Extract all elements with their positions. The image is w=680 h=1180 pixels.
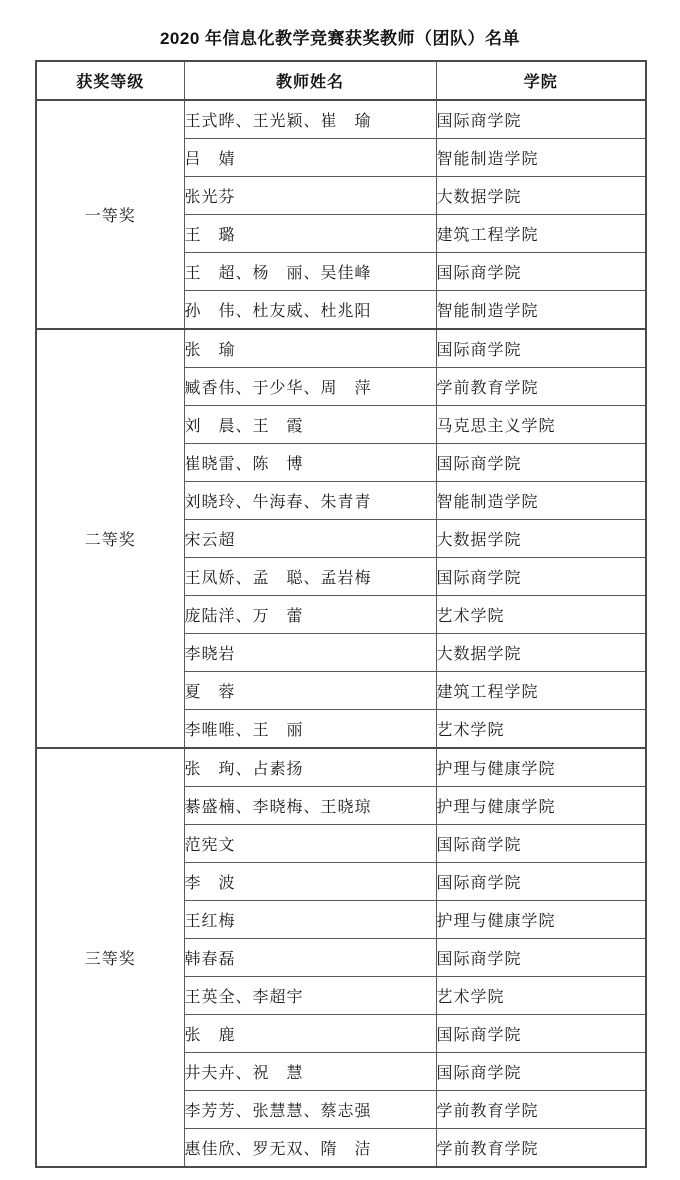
teacher-names-cell: 綦盛楠、李晓梅、王晓琼 xyxy=(184,787,436,825)
teacher-names-cell: 张 瑜 xyxy=(184,329,436,368)
college-cell: 智能制造学院 xyxy=(436,291,646,330)
college-cell: 护理与健康学院 xyxy=(436,748,646,787)
teacher-names-cell: 张 珣、占素扬 xyxy=(184,748,436,787)
teacher-names-cell: 李唯唯、王 丽 xyxy=(184,710,436,749)
college-cell: 国际商学院 xyxy=(436,863,646,901)
award-level-cell: 一等奖 xyxy=(36,100,184,329)
teacher-names-cell: 井夫卉、祝 慧 xyxy=(184,1053,436,1091)
teacher-names-cell: 李 波 xyxy=(184,863,436,901)
teacher-names-cell: 王英全、李超宇 xyxy=(184,977,436,1015)
award-level-cell: 二等奖 xyxy=(36,329,184,748)
teacher-names-cell: 李晓岩 xyxy=(184,634,436,672)
college-cell: 建筑工程学院 xyxy=(436,672,646,710)
teacher-names-cell: 崔晓雷、陈 博 xyxy=(184,444,436,482)
college-cell: 学前教育学院 xyxy=(436,1129,646,1168)
college-cell: 国际商学院 xyxy=(436,253,646,291)
college-cell: 国际商学院 xyxy=(436,1053,646,1091)
teacher-names-cell: 庞陆洋、万 蕾 xyxy=(184,596,436,634)
teacher-names-cell: 臧香伟、于少华、周 萍 xyxy=(184,368,436,406)
college-cell: 艺术学院 xyxy=(436,710,646,749)
table-row: 一等奖王式晔、王光颖、崔 瑜国际商学院 xyxy=(36,100,646,139)
document-page: 2020 年信息化教学竞赛获奖教师（团队）名单 获奖等级 教师姓名 学院 一等奖… xyxy=(0,0,680,1180)
teacher-names-cell: 孙 伟、杜友威、杜兆阳 xyxy=(184,291,436,330)
teacher-names-cell: 韩春磊 xyxy=(184,939,436,977)
teacher-names-cell: 李芳芳、张慧慧、蔡志强 xyxy=(184,1091,436,1129)
document-title: 2020 年信息化教学竞赛获奖教师（团队）名单 xyxy=(0,0,680,60)
teacher-names-cell: 王凤娇、孟 聪、孟岩梅 xyxy=(184,558,436,596)
college-cell: 大数据学院 xyxy=(436,520,646,558)
teacher-names-cell: 刘晓玲、牛海春、朱青青 xyxy=(184,482,436,520)
college-cell: 国际商学院 xyxy=(436,825,646,863)
college-cell: 学前教育学院 xyxy=(436,368,646,406)
college-cell: 马克思主义学院 xyxy=(436,406,646,444)
teacher-names-cell: 王式晔、王光颖、崔 瑜 xyxy=(184,100,436,139)
college-cell: 大数据学院 xyxy=(436,634,646,672)
teacher-names-cell: 夏 蓉 xyxy=(184,672,436,710)
teacher-names-cell: 王 超、杨 丽、吴佳峰 xyxy=(184,253,436,291)
teacher-names-cell: 张光芬 xyxy=(184,177,436,215)
teacher-names-cell: 宋云超 xyxy=(184,520,436,558)
college-cell: 艺术学院 xyxy=(436,596,646,634)
header-row: 获奖等级 教师姓名 学院 xyxy=(36,61,646,100)
table-row: 二等奖张 瑜国际商学院 xyxy=(36,329,646,368)
teacher-names-cell: 吕 婧 xyxy=(184,139,436,177)
college-cell: 国际商学院 xyxy=(436,558,646,596)
col-header-award-level: 获奖等级 xyxy=(36,61,184,100)
teacher-names-cell: 范宪文 xyxy=(184,825,436,863)
college-cell: 大数据学院 xyxy=(436,177,646,215)
teacher-names-cell: 惠佳欣、罗无双、隋 洁 xyxy=(184,1129,436,1168)
college-cell: 国际商学院 xyxy=(436,444,646,482)
college-cell: 国际商学院 xyxy=(436,100,646,139)
teacher-names-cell: 刘 晨、王 霞 xyxy=(184,406,436,444)
table-row: 三等奖张 珣、占素扬护理与健康学院 xyxy=(36,748,646,787)
award-level-cell: 三等奖 xyxy=(36,748,184,1167)
college-cell: 国际商学院 xyxy=(436,329,646,368)
awards-table: 获奖等级 教师姓名 学院 一等奖王式晔、王光颖、崔 瑜国际商学院吕 婧智能制造学… xyxy=(35,60,647,1168)
teacher-names-cell: 王 璐 xyxy=(184,215,436,253)
teacher-names-cell: 王红梅 xyxy=(184,901,436,939)
college-cell: 建筑工程学院 xyxy=(436,215,646,253)
col-header-teacher-names: 教师姓名 xyxy=(184,61,436,100)
teacher-names-cell: 张 鹿 xyxy=(184,1015,436,1053)
college-cell: 学前教育学院 xyxy=(436,1091,646,1129)
college-cell: 护理与健康学院 xyxy=(436,787,646,825)
college-cell: 国际商学院 xyxy=(436,1015,646,1053)
college-cell: 护理与健康学院 xyxy=(436,901,646,939)
college-cell: 智能制造学院 xyxy=(436,139,646,177)
college-cell: 智能制造学院 xyxy=(436,482,646,520)
college-cell: 艺术学院 xyxy=(436,977,646,1015)
college-cell: 国际商学院 xyxy=(436,939,646,977)
col-header-college: 学院 xyxy=(436,61,646,100)
